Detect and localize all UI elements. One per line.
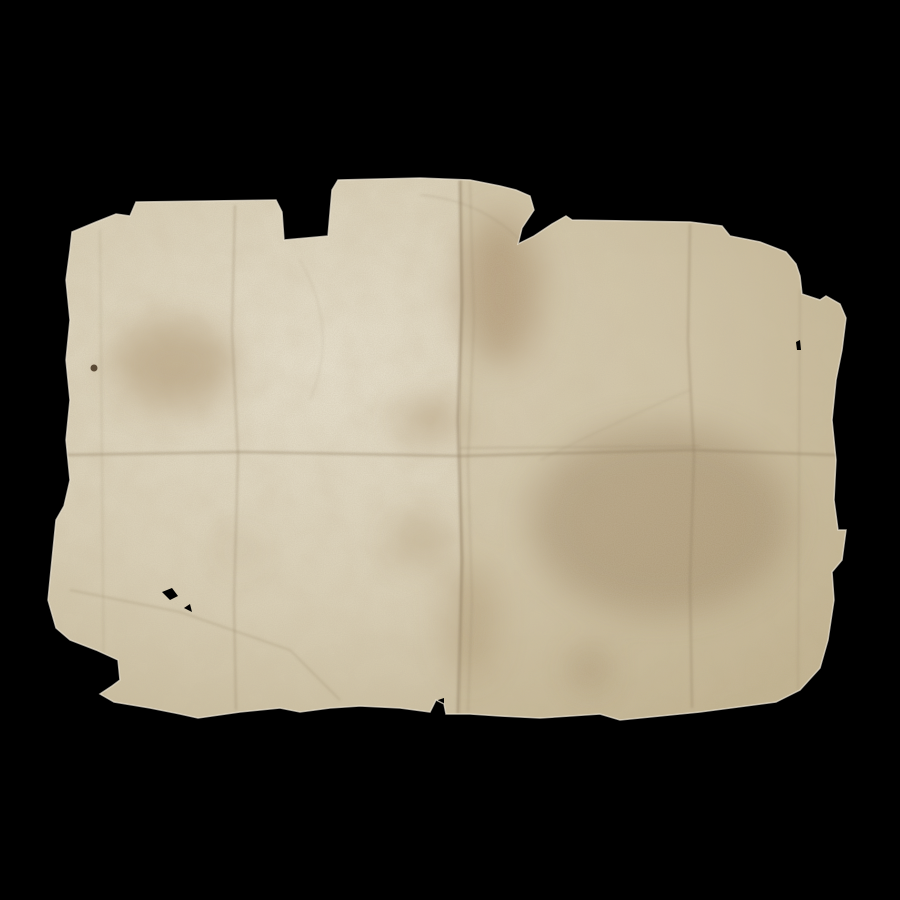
photo-stage: Old folded paper fragment with ragged ed… bbox=[0, 0, 900, 900]
paper-fragment bbox=[0, 0, 900, 900]
